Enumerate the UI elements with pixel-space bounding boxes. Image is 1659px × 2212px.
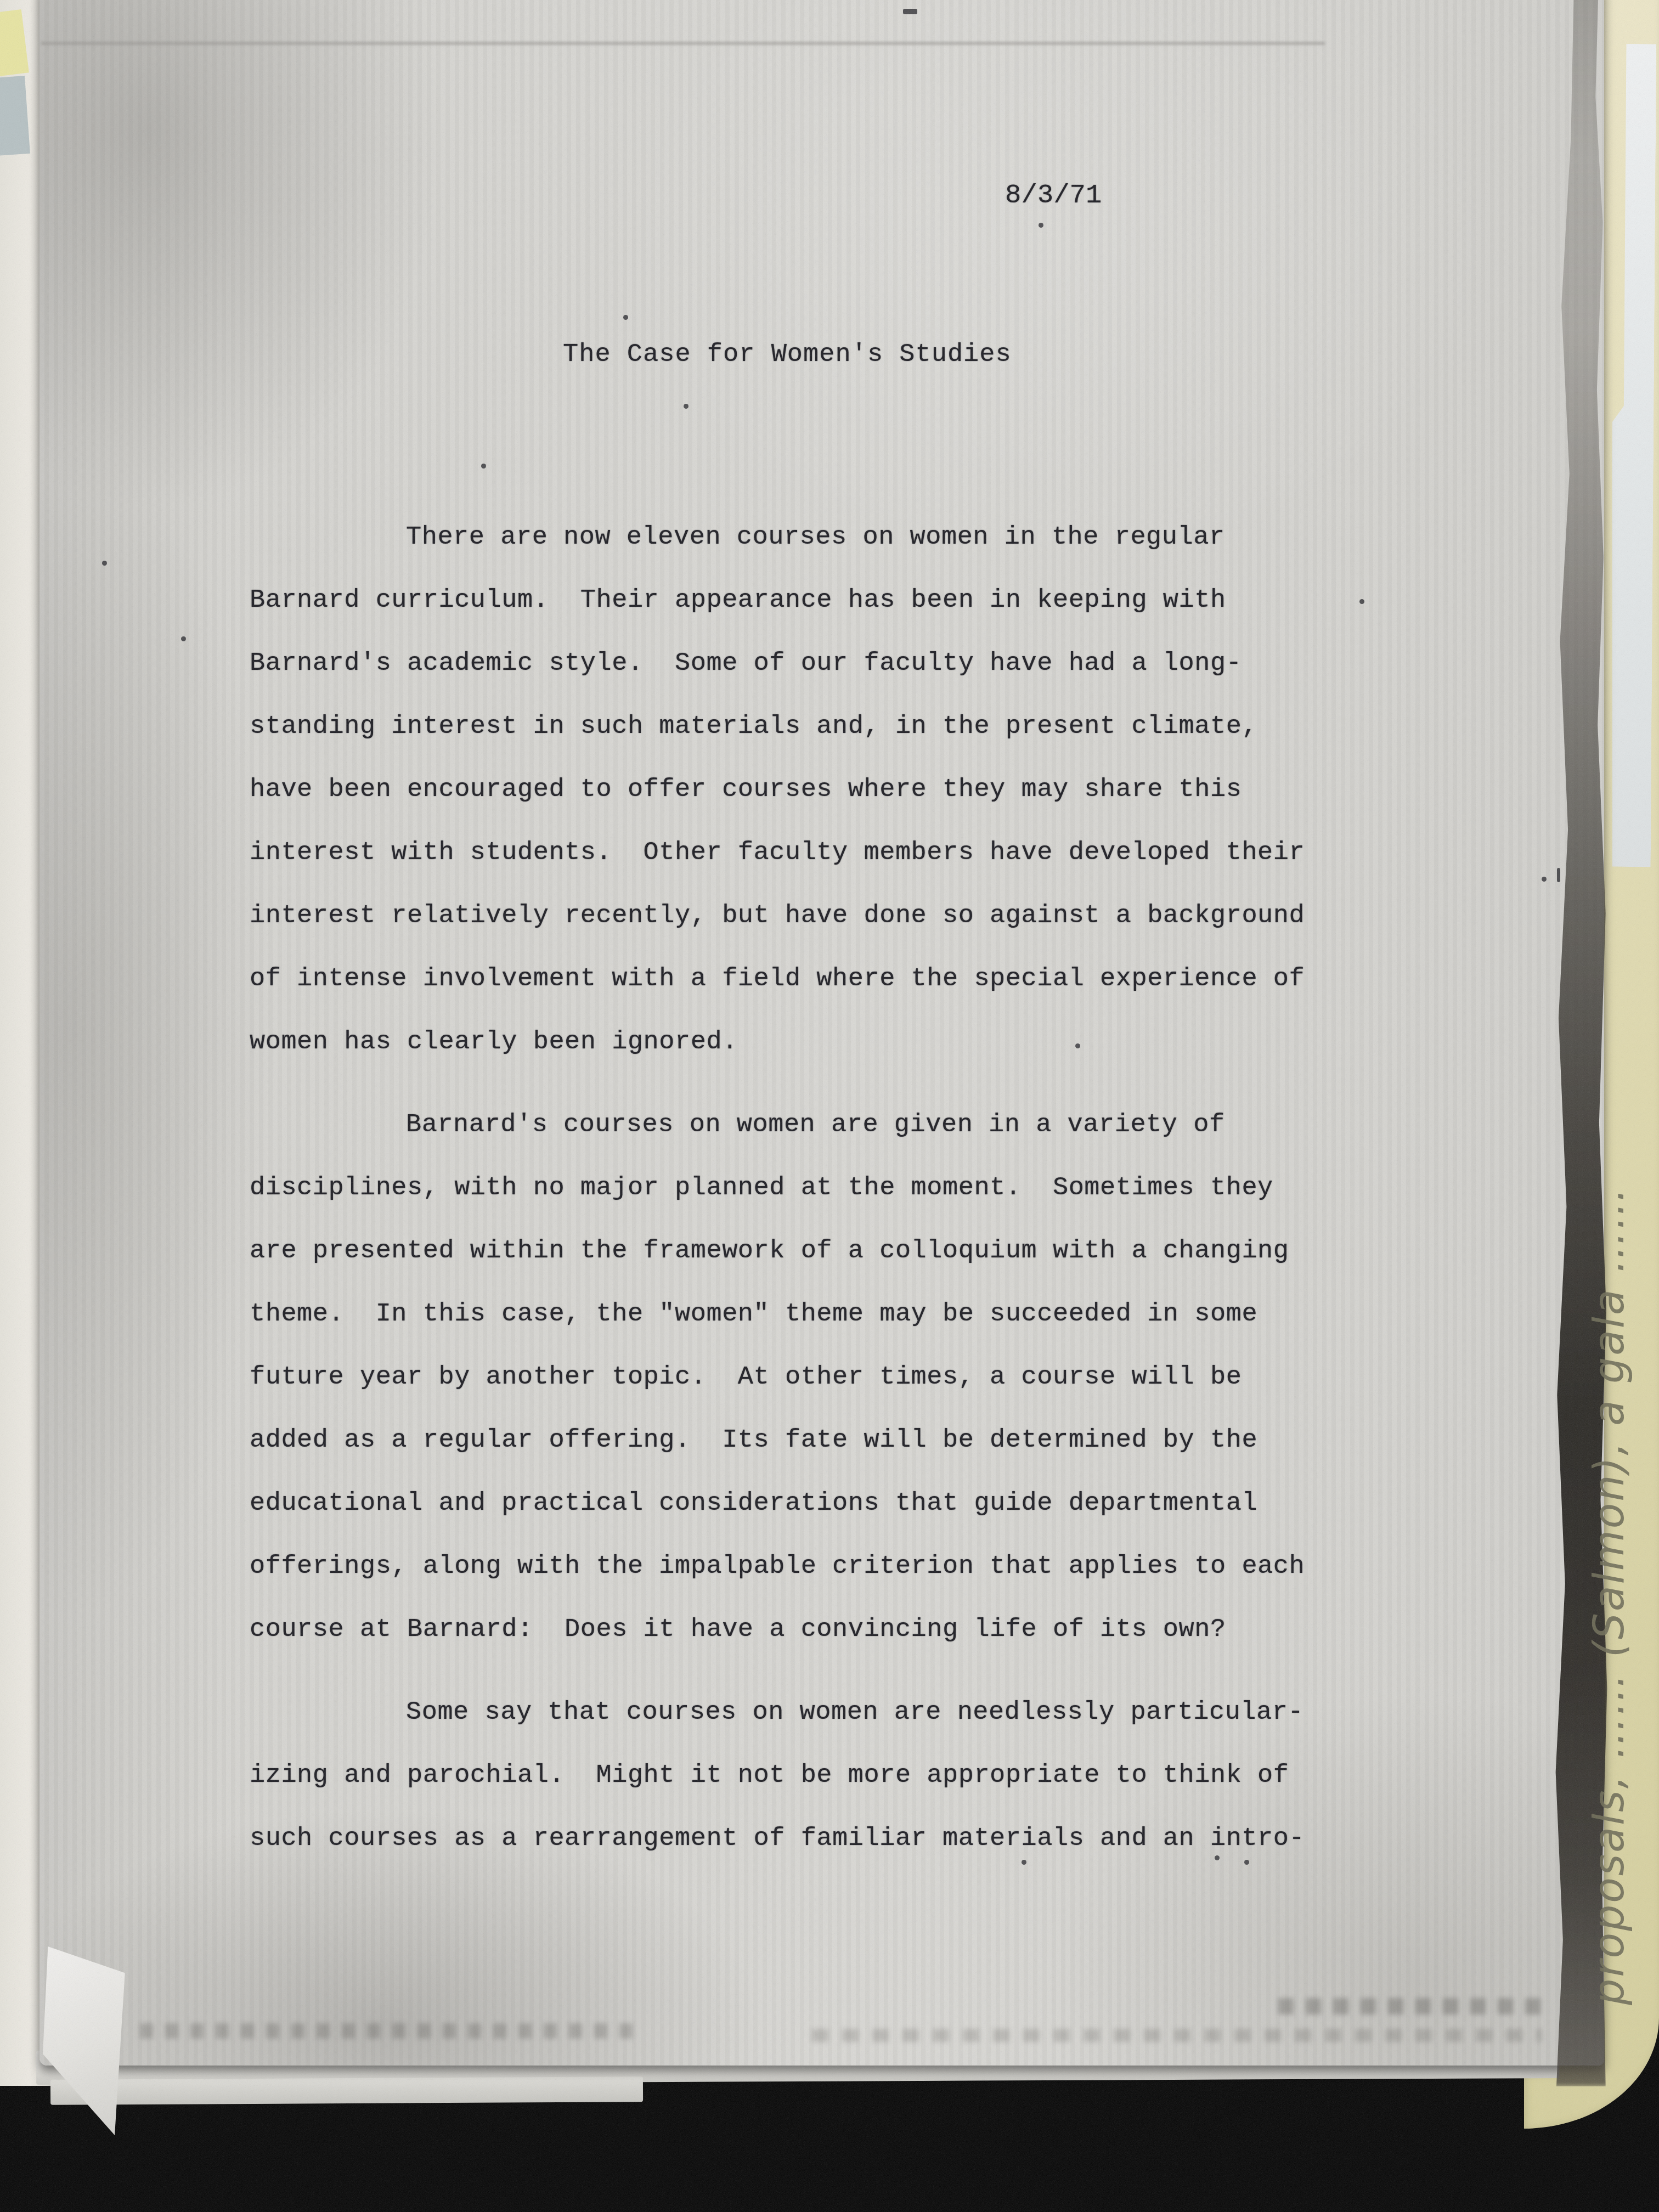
ink-speck: [1039, 223, 1043, 228]
document-body: There are now eleven courses on women in…: [250, 486, 1380, 1890]
ink-speck: [623, 315, 628, 320]
typed-line: standing interest in such materials and,…: [250, 695, 1380, 758]
typed-line: are presented within the framework of a …: [250, 1220, 1380, 1283]
ink-speck: [1244, 1860, 1249, 1865]
ink-speck: [102, 561, 107, 566]
folder-handwritten-label: proposals, …… (Salmon), a gala ……: [1584, 820, 1649, 2005]
ink-speck: [1557, 868, 1560, 882]
ink-bleed-smudge: [140, 2023, 645, 2039]
typed-line: added as a regular offering. Its fate wi…: [250, 1409, 1380, 1472]
folded-corner-flap: [43, 1946, 128, 2135]
typed-line: interest relatively recently, but have d…: [250, 884, 1380, 947]
ink-bleed-smudge: [1278, 1998, 1543, 2015]
typed-line: future year by another topic. At other t…: [250, 1346, 1380, 1409]
typed-line: izing and parochial. Might it not be mor…: [250, 1744, 1380, 1807]
typed-line: such courses as a rearrangement of famil…: [250, 1807, 1380, 1870]
ink-bleed-smudge: [812, 2029, 1542, 2042]
typed-line: educational and practical considerations…: [250, 1472, 1380, 1535]
typed-line: offerings, along with the impalpable cri…: [250, 1535, 1380, 1598]
under-sheet-bottom-2: [50, 2076, 643, 2105]
typed-line: of intense involvement with a field wher…: [250, 947, 1380, 1011]
ink-speck: [181, 636, 186, 641]
ink-speck: [1359, 599, 1364, 604]
document-title: The Case for Women's Studies: [563, 340, 1012, 369]
typed-line: There are now eleven courses on women in…: [250, 506, 1380, 569]
ink-speck: [1022, 1860, 1026, 1865]
typed-line: course at Barnard: Does it have a convin…: [250, 1598, 1380, 1661]
ink-speck: [481, 464, 486, 469]
ink-speck: [684, 404, 689, 409]
typed-line: disciplines, with no major planned at th…: [250, 1156, 1380, 1220]
typed-line: Some say that courses on women are needl…: [250, 1681, 1380, 1744]
page-top-edge-line: [41, 42, 1325, 45]
paragraph-2: Barnard's courses on women are given in …: [250, 1093, 1380, 1661]
typed-date: 8/3/71: [1005, 180, 1102, 211]
typed-line: Barnard's academic style. Some of our fa…: [250, 632, 1380, 695]
typed-line: Barnard's courses on women are given in …: [250, 1093, 1380, 1156]
paragraph-3: Some say that courses on women are needl…: [250, 1681, 1380, 1870]
paragraph-1: There are now eleven courses on women in…: [250, 506, 1380, 1074]
typed-line: Barnard curriculum. Their appearance has…: [250, 569, 1380, 632]
ink-speck: [1215, 1855, 1220, 1860]
typed-line: women has clearly been ignored.: [250, 1011, 1380, 1074]
typed-line: theme. In this case, the "women" theme m…: [250, 1283, 1380, 1346]
ink-speck: [1542, 877, 1547, 882]
ink-speck: [1075, 1043, 1080, 1048]
ink-speck: [903, 9, 917, 14]
typed-line: have been encouraged to offer courses wh…: [250, 758, 1380, 821]
photo-of-document: 8/3/71 The Case for Women's Studies Ther…: [0, 0, 1659, 2212]
typed-line: interest with students. Other faculty me…: [250, 821, 1380, 884]
